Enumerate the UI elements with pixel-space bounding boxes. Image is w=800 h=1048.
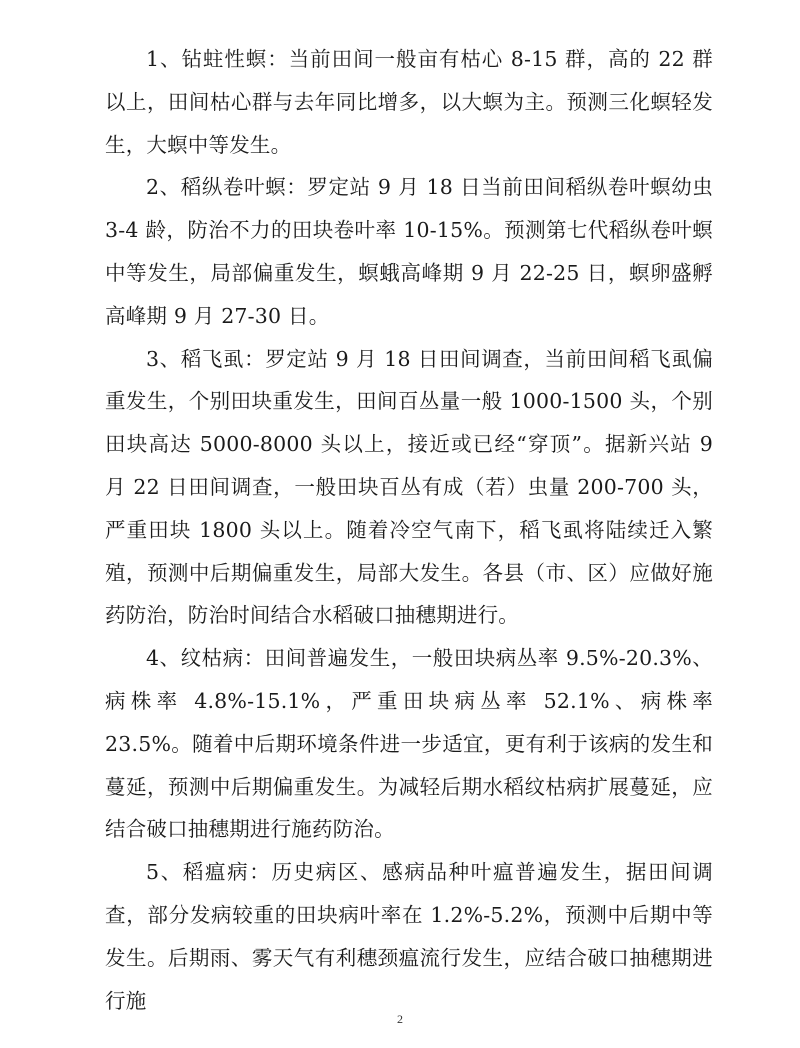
document-body: 1、钻蛀性螟：当前田间一般亩有枯心 8-15 群，高的 22 群以上，田间枯心群… [105,38,713,1022]
paragraph-sheath-blight: 4、纹枯病：田间普遍发生，一般田块病丛率 9.5%-20.3%、病株率 4.8%… [105,637,713,851]
paragraph-rice-blast: 5、稻瘟病：历史病区、感病品种叶瘟普遍发生，据田间调查，部分发病较重的田块病叶率… [105,851,713,1022]
paragraph-stem-borer: 1、钻蛀性螟：当前田间一般亩有枯心 8-15 群，高的 22 群以上，田间枯心群… [105,38,713,166]
paragraph-planthopper: 3、稻飞虱：罗定站 9 月 18 日田间调查，当前田间稻飞虱偏重发生，个别田块重… [105,338,713,638]
paragraph-leaf-roller: 2、稻纵卷叶螟：罗定站 9 月 18 日当前田间稻纵卷叶螟幼虫 3-4 龄，防治… [105,166,713,337]
page-number: 2 [0,1012,800,1027]
